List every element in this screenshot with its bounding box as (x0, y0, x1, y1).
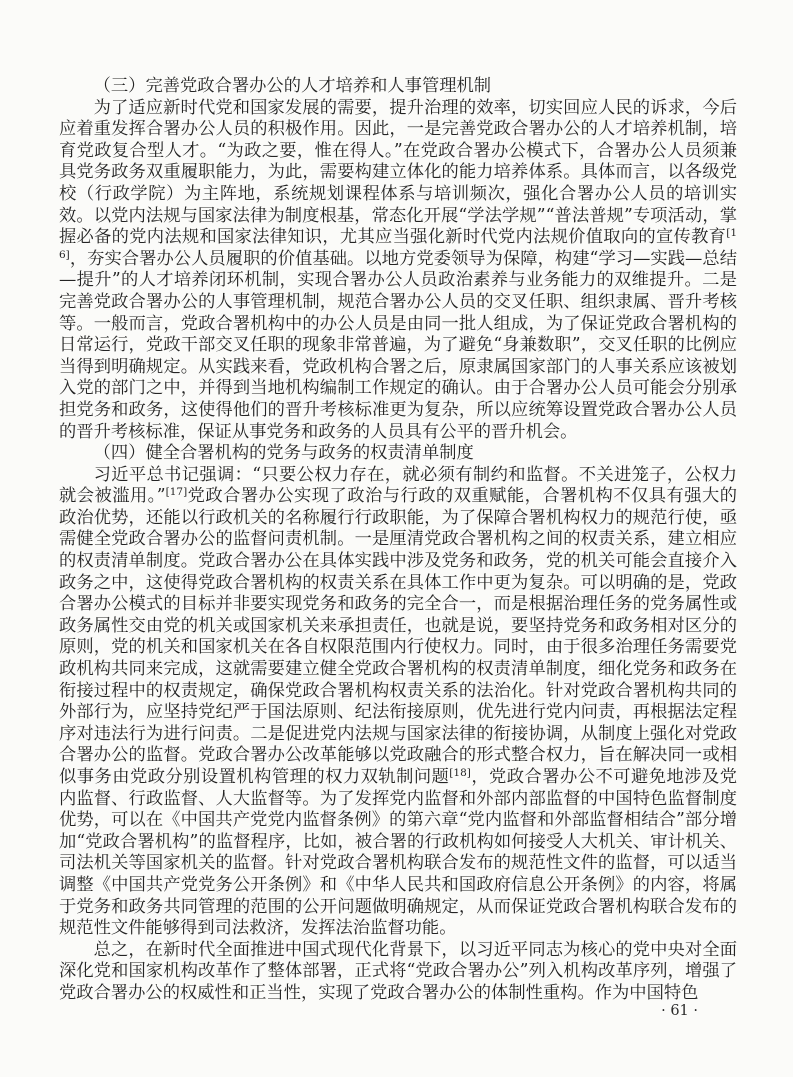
paragraph-text: ，党政合署办公不可避免地涉及党内监督、行政监督、人大监督等。为了发挥党内监督和外… (59, 767, 737, 938)
citation-ref-18: [18] (449, 767, 471, 779)
section-4-paragraph: 习近平总书记强调：“只要公权力存在，就必须有制约和监督。不关进笼子，公权力就会被… (59, 465, 737, 940)
paragraph-text: 为了适应新时代党和国家发展的需要，提升治理的效率，切实回应人民的诉求，今后应着重… (59, 98, 737, 248)
section-3: （三）完善党政合署办公的人才培养和人事管理机制 为了适应新时代党和国家发展的需要… (59, 76, 737, 443)
section-3-heading: （三）完善党政合署办公的人才培养和人事管理机制 (59, 76, 737, 98)
paragraph-text: 党政合署办公实现了政治与行政的双重赋能，合署机构不仅具有强大的政治优势，还能以行… (59, 486, 737, 787)
document-page: （三）完善党政合署办公的人才培养和人事管理机制 为了适应新时代党和国家发展的需要… (59, 76, 737, 1005)
page-number: · 61 · (661, 1003, 698, 1019)
citation-ref-17: [17] (166, 486, 188, 498)
section-4: （四）健全合署机构的党务与政务的权责清单制度 习近平总书记强调：“只要公权力存在… (59, 443, 737, 1004)
section-4-heading: （四）健全合署机构的党务与政务的权责清单制度 (59, 443, 737, 465)
conclusion-paragraph: 总之，在新时代全面推进中国式现代化背景下，以习近平同志为核心的党中央对全面深化党… (59, 940, 737, 1005)
section-3-paragraph: 为了适应新时代党和国家发展的需要，提升治理的效率，切实回应人民的诉求，今后应着重… (59, 98, 737, 444)
paragraph-text: ，夯实合署办公人员履职的价值基础。以地方党委领导为保障，构建“学习—实践—总结—… (59, 249, 737, 442)
